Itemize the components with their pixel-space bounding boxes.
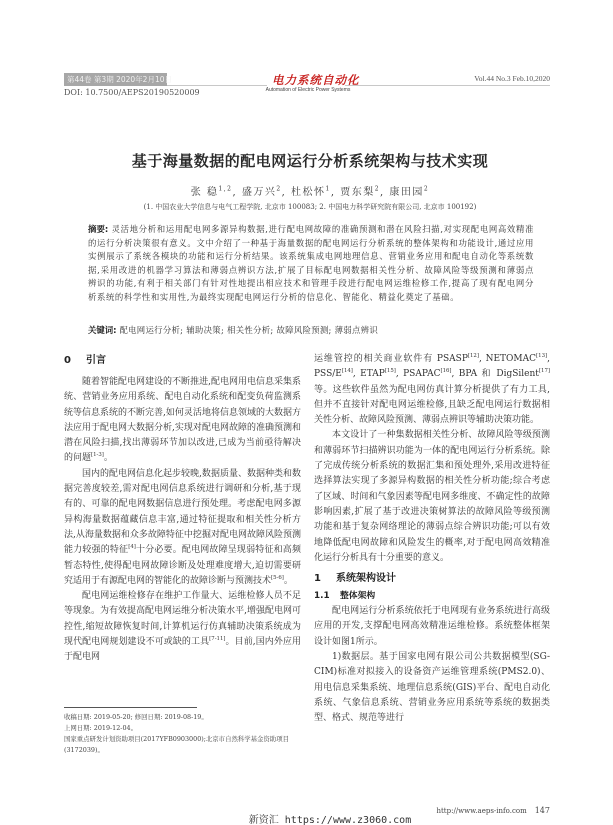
author-affiliation-marker: 1,2 [218,186,232,193]
subsection-title: 整体架构 [340,591,375,601]
paragraph: 配电网运行分析系统依托于电网现有业务系统进行高级应用的开发,支撑配电网高效精准运… [314,604,550,650]
section-number: 0 [64,352,86,370]
right-column: 运维管控的相关商业软件有 PSASP[12], NETOMAC[13], PSS… [314,352,550,727]
left-column: 随着智能配电网建设的不断推进,配电网用电信息采集系统、营销业务应用系统、配电自动… [64,375,301,666]
section-title: 系统架构设计 [336,573,396,584]
abstract-label: 摘要: [88,224,108,234]
paragraph-text: , NETOMAC [479,354,536,364]
paragraph: 本文设计了一种集数据相关性分析、故障风险等级预测和薄弱环节扫描辨识功能为一体的配… [314,428,550,566]
affiliations: (1. 中国农业大学信息与电气工程学院, 北京市 100083; 2. 中国电力… [60,202,560,212]
page-number: 147 [535,806,550,815]
author-name: 杜松怀 [291,187,326,198]
online-date: 上网日期: 2019-12-04。 [64,723,301,734]
author-name: 张 稳 [191,187,219,198]
volume-info: Vol.44 No.3 Feb.10,2020 [440,74,550,83]
section-title: 引言 [86,355,106,366]
journal-logo: 电力系统自动化 [272,72,344,88]
citation[interactable]: [13] [536,353,547,359]
paragraph-text: 运维管控的相关商业软件有 PSASP [314,354,468,364]
paragraph: 随着智能配电网建设的不断推进,配电网用电信息采集系统、营销业务应用系统、配电自动… [64,375,301,467]
author-affiliation-marker: 2 [424,186,429,193]
watermark: 新资汇 https://www.z3060.com [200,811,460,825]
abstract-text: 灵活地分析和运用配电网多源异构数据,进行配电网故障的准确预测和潜在风险扫描,对实… [88,224,534,302]
paragraph: 国内的配电网信息化起步较晚,数据质量、数据种类和数据完善度较差,需对配电网信息系… [64,467,301,589]
header-divider-left [167,85,267,86]
footnote-divider [64,707,197,708]
paragraph: 运维管控的相关商业软件有 PSASP[12], NETOMAC[13], PSS… [314,352,550,428]
paragraph: 1)数据层。基于国家电网有限公司公共数据模型(SG-CIM)标准对拟接入的设备资… [314,650,550,726]
footnotes: 收稿日期: 2019-05-20; 修回日期: 2019-08-19。 上网日期… [64,712,301,756]
paragraph-text: 国内的配电网信息化起步较晚,数据质量、数据种类和数据完善度较差,需对配电网信息系… [64,469,301,555]
author-affiliation-marker: 2 [375,186,380,193]
citation[interactable]: [1-3] [91,452,104,458]
keywords: 关键词: 配电网运行分析; 辅助决策; 相关性分析; 故障风险预测; 薄弱点辨识 [88,324,534,337]
author-name: 康田园 [389,187,424,198]
paragraph-text: 等。这些软件虽然为配电网仿真计算分析提供了有力工具,但并不直接针对配电网运维检修… [314,385,550,426]
citation[interactable]: [14] [342,368,353,374]
header-divider-right [345,85,550,86]
subsection-heading-overall: 1.1整体架构 [314,588,550,604]
funding-info: 国家重点研发计划资助项目(2017YFB0903000);北京市自然科学基金资助… [64,734,301,756]
citation[interactable]: [17] [539,368,550,374]
paragraph-text: 。 [104,453,113,463]
keywords-text: 配电网运行分析; 辅助决策; 相关性分析; 故障风险预测; 薄弱点辨识 [119,325,378,335]
citation[interactable]: [12] [468,353,479,359]
author-name: 盛万兴 [242,187,277,198]
paragraph: 配电网运维检修存在维护工作量大、运维检修人员不足等现象。为有效提高配电网运维分析… [64,589,301,665]
citation[interactable]: [7-11] [209,636,225,642]
author-name: 贾东梨 [340,187,375,198]
section-number: 1 [314,570,336,588]
subsection-number: 1.1 [314,588,340,604]
author-affiliation-marker: 2 [276,186,281,193]
citation[interactable]: [16] [440,368,451,374]
citation[interactable]: [5-6] [271,575,284,581]
keywords-label: 关键词: [88,325,116,335]
paragraph-text: , PSAPAC [396,369,441,379]
paragraph-text: , BPA 和 DigSilent [452,369,539,379]
author-list: 张 稳1,2, 盛万兴2, 杜松怀1, 贾东梨2, 康田园2 [60,183,560,198]
abstract: 摘要: 灵活地分析和运用配电网多源异构数据,进行配电网故障的准确预测和潜在风险扫… [88,223,534,305]
doi-text: DOI: 10.7500/AEPS20190520009 [64,88,200,97]
author-affiliation-marker: 1 [326,186,331,193]
paragraph-text: 随着智能配电网建设的不断推进,配电网用电信息采集系统、营销业务应用系统、配电自动… [64,377,301,463]
article-title: 基于海量数据的配电网运行分析系统架构与技术实现 [60,150,560,171]
citation[interactable]: [15] [385,368,396,374]
paragraph-text: 。 [284,576,293,586]
citation[interactable]: [4] [128,544,136,550]
paragraph-text: , ETAP [353,369,385,379]
journal-english-name: Automation of Electric Power Systems [262,87,354,93]
section-heading-intro: 0引言 [64,352,106,370]
section-heading-architecture: 1系统架构设计 [314,570,550,588]
received-date: 收稿日期: 2019-05-20; 修回日期: 2019-08-19。 [64,712,301,723]
issue-badge: 第44卷 第3期 2020年2月10日 [64,73,167,86]
